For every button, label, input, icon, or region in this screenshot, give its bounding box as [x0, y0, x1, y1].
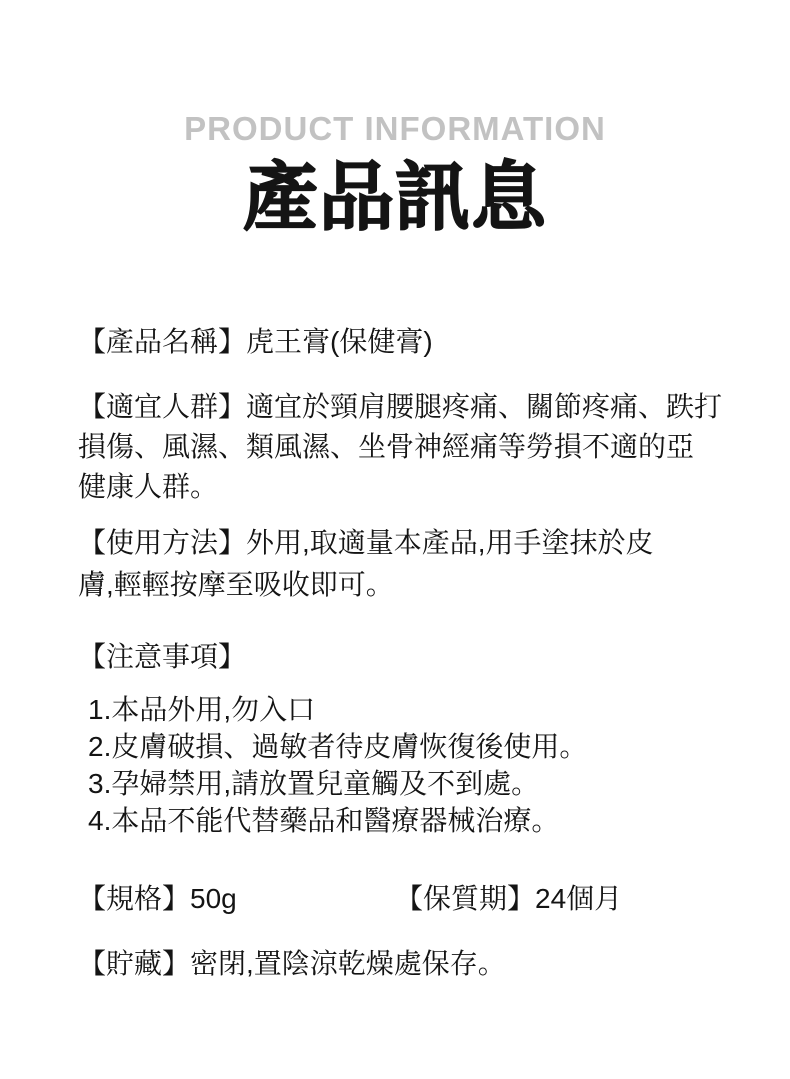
usage-line-2: 膚,輕輕按摩至吸收即可。: [78, 564, 654, 606]
precautions-heading: 【注意事項】: [78, 641, 246, 673]
eyebrow-heading: PRODUCT INFORMATION: [0, 112, 790, 145]
product-info-page: PRODUCT INFORMATION 產品訊息 【產品名稱】虎王膏(保健膏) …: [0, 0, 790, 1079]
suitable-people-section: 【適宜人群】適宜於頸肩腰腿疼痛、關節疼痛、跌打 損傷、風濕、類風濕、坐骨神經痛等…: [78, 387, 722, 507]
shelf-life-value: 【保質期】24個月: [395, 883, 622, 915]
precaution-item-1: 1.本品外用,勿入口: [88, 691, 587, 728]
usage-section: 【使用方法】外用,取適量本產品,用手塗抹於皮 膚,輕輕按摩至吸收即可。: [78, 522, 654, 606]
suitable-people-line-1: 【適宜人群】適宜於頸肩腰腿疼痛、關節疼痛、跌打: [78, 387, 722, 427]
precautions-heading-text: 【注意事項】: [78, 641, 246, 673]
suitable-people-line-3: 健康人群。: [78, 467, 722, 507]
product-name-section: 【產品名稱】虎王膏(保健膏): [78, 326, 433, 358]
precaution-item-3: 3.孕婦禁用,請放置兒童觸及不到處。: [88, 765, 587, 802]
precaution-item-2: 2.皮膚破損、過敏者待皮膚恢復後使用。: [88, 728, 587, 765]
specification-value: 【規格】50g: [78, 883, 237, 915]
precautions-list: 1.本品外用,勿入口 2.皮膚破損、過敏者待皮膚恢復後使用。 3.孕婦禁用,請放…: [88, 691, 587, 839]
page-title: 產品訊息: [0, 160, 790, 235]
storage-section: 【貯藏】密閉,置陰涼乾燥處保存。: [78, 948, 506, 980]
usage-line-1: 【使用方法】外用,取適量本產品,用手塗抹於皮: [78, 522, 654, 564]
suitable-people-line-2: 損傷、風濕、類風濕、坐骨神經痛等勞損不適的亞: [78, 427, 722, 467]
precaution-item-4: 4.本品不能代替藥品和醫療器械治療。: [88, 802, 587, 839]
product-name-line: 【產品名稱】虎王膏(保健膏): [78, 326, 433, 358]
storage-line: 【貯藏】密閉,置陰涼乾燥處保存。: [78, 948, 506, 980]
